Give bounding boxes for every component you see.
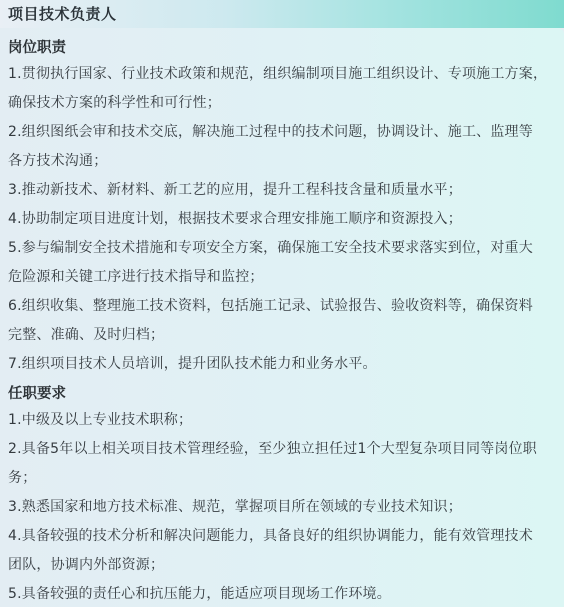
responsibility-line: 7.组织项目技术人员培训，提升团队技术能力和业务水平。 [8,350,560,379]
requirement-line: 1.中级及以上专业技术职称； [8,406,560,435]
responsibility-line: 完整、准确、及时归档； [8,321,560,350]
requirement-line: 4.具备较强的技术分析和解决问题能力，具备良好的组织协调能力，能有效管理技术 [8,522,560,551]
requirement-line: 2.具备5年以上相关项目技术管理经验，至少独立担任过1个大型复杂项目同等岗位职 [8,435,560,464]
responsibility-line: 各方技术沟通； [8,147,560,176]
responsibility-line: 确保技术方案的科学性和可行性； [8,89,560,118]
header-banner: 项目技术负责人 [0,0,564,28]
responsibility-line: 2.组织图纸会审和技术交底，解决施工过程中的技术问题，协调设计、施工、监理等 [8,118,560,147]
responsibility-line: 3.推动新技术、新材料、新工艺的应用，提升工程科技含量和质量水平； [8,176,560,205]
section-responsibilities: 岗位职责 1.贯彻执行国家、行业技术政策和规范，组织编制项目施工组织设计、专项施… [8,36,560,379]
responsibility-line: 1.贯彻执行国家、行业技术政策和规范，组织编制项目施工组织设计、专项施工方案， [8,60,560,89]
requirement-line: 务； [8,464,560,493]
responsibility-line: 危险源和关键工序进行技术指导和监控； [8,263,560,292]
requirement-line: 团队，协调内外部资源； [8,551,560,580]
job-title: 项目技术负责人 [8,4,117,24]
job-description-card: 岗位职责 1.贯彻执行国家、行业技术政策和规范，组织编制项目施工组织设计、专项施… [0,28,564,607]
responsibility-line: 4.协助制定项目进度计划，根据技术要求合理安排施工顺序和资源投入； [8,205,560,234]
requirement-line: 5.具备较强的责任心和抗压能力，能适应项目现场工作环境。 [8,580,560,607]
content: 岗位职责 1.贯彻执行国家、行业技术政策和规范，组织编制项目施工组织设计、专项施… [8,36,560,607]
responsibility-line: 6.组织收集、整理施工技术资料，包括施工记录、试验报告、验收资料等，确保资料 [8,292,560,321]
section-requirements: 任职要求 1.中级及以上专业技术职称； 2.具备5年以上相关项目技术管理经验，至… [8,382,560,607]
section-title-requirements: 任职要求 [8,382,560,406]
requirement-line: 3.熟悉国家和地方技术标准、规范，掌握项目所在领域的专业技术知识； [8,493,560,522]
section-title-responsibilities: 岗位职责 [8,36,560,60]
responsibility-line: 5.参与编制安全技术措施和专项安全方案，确保施工安全技术要求落实到位，对重大 [8,234,560,263]
